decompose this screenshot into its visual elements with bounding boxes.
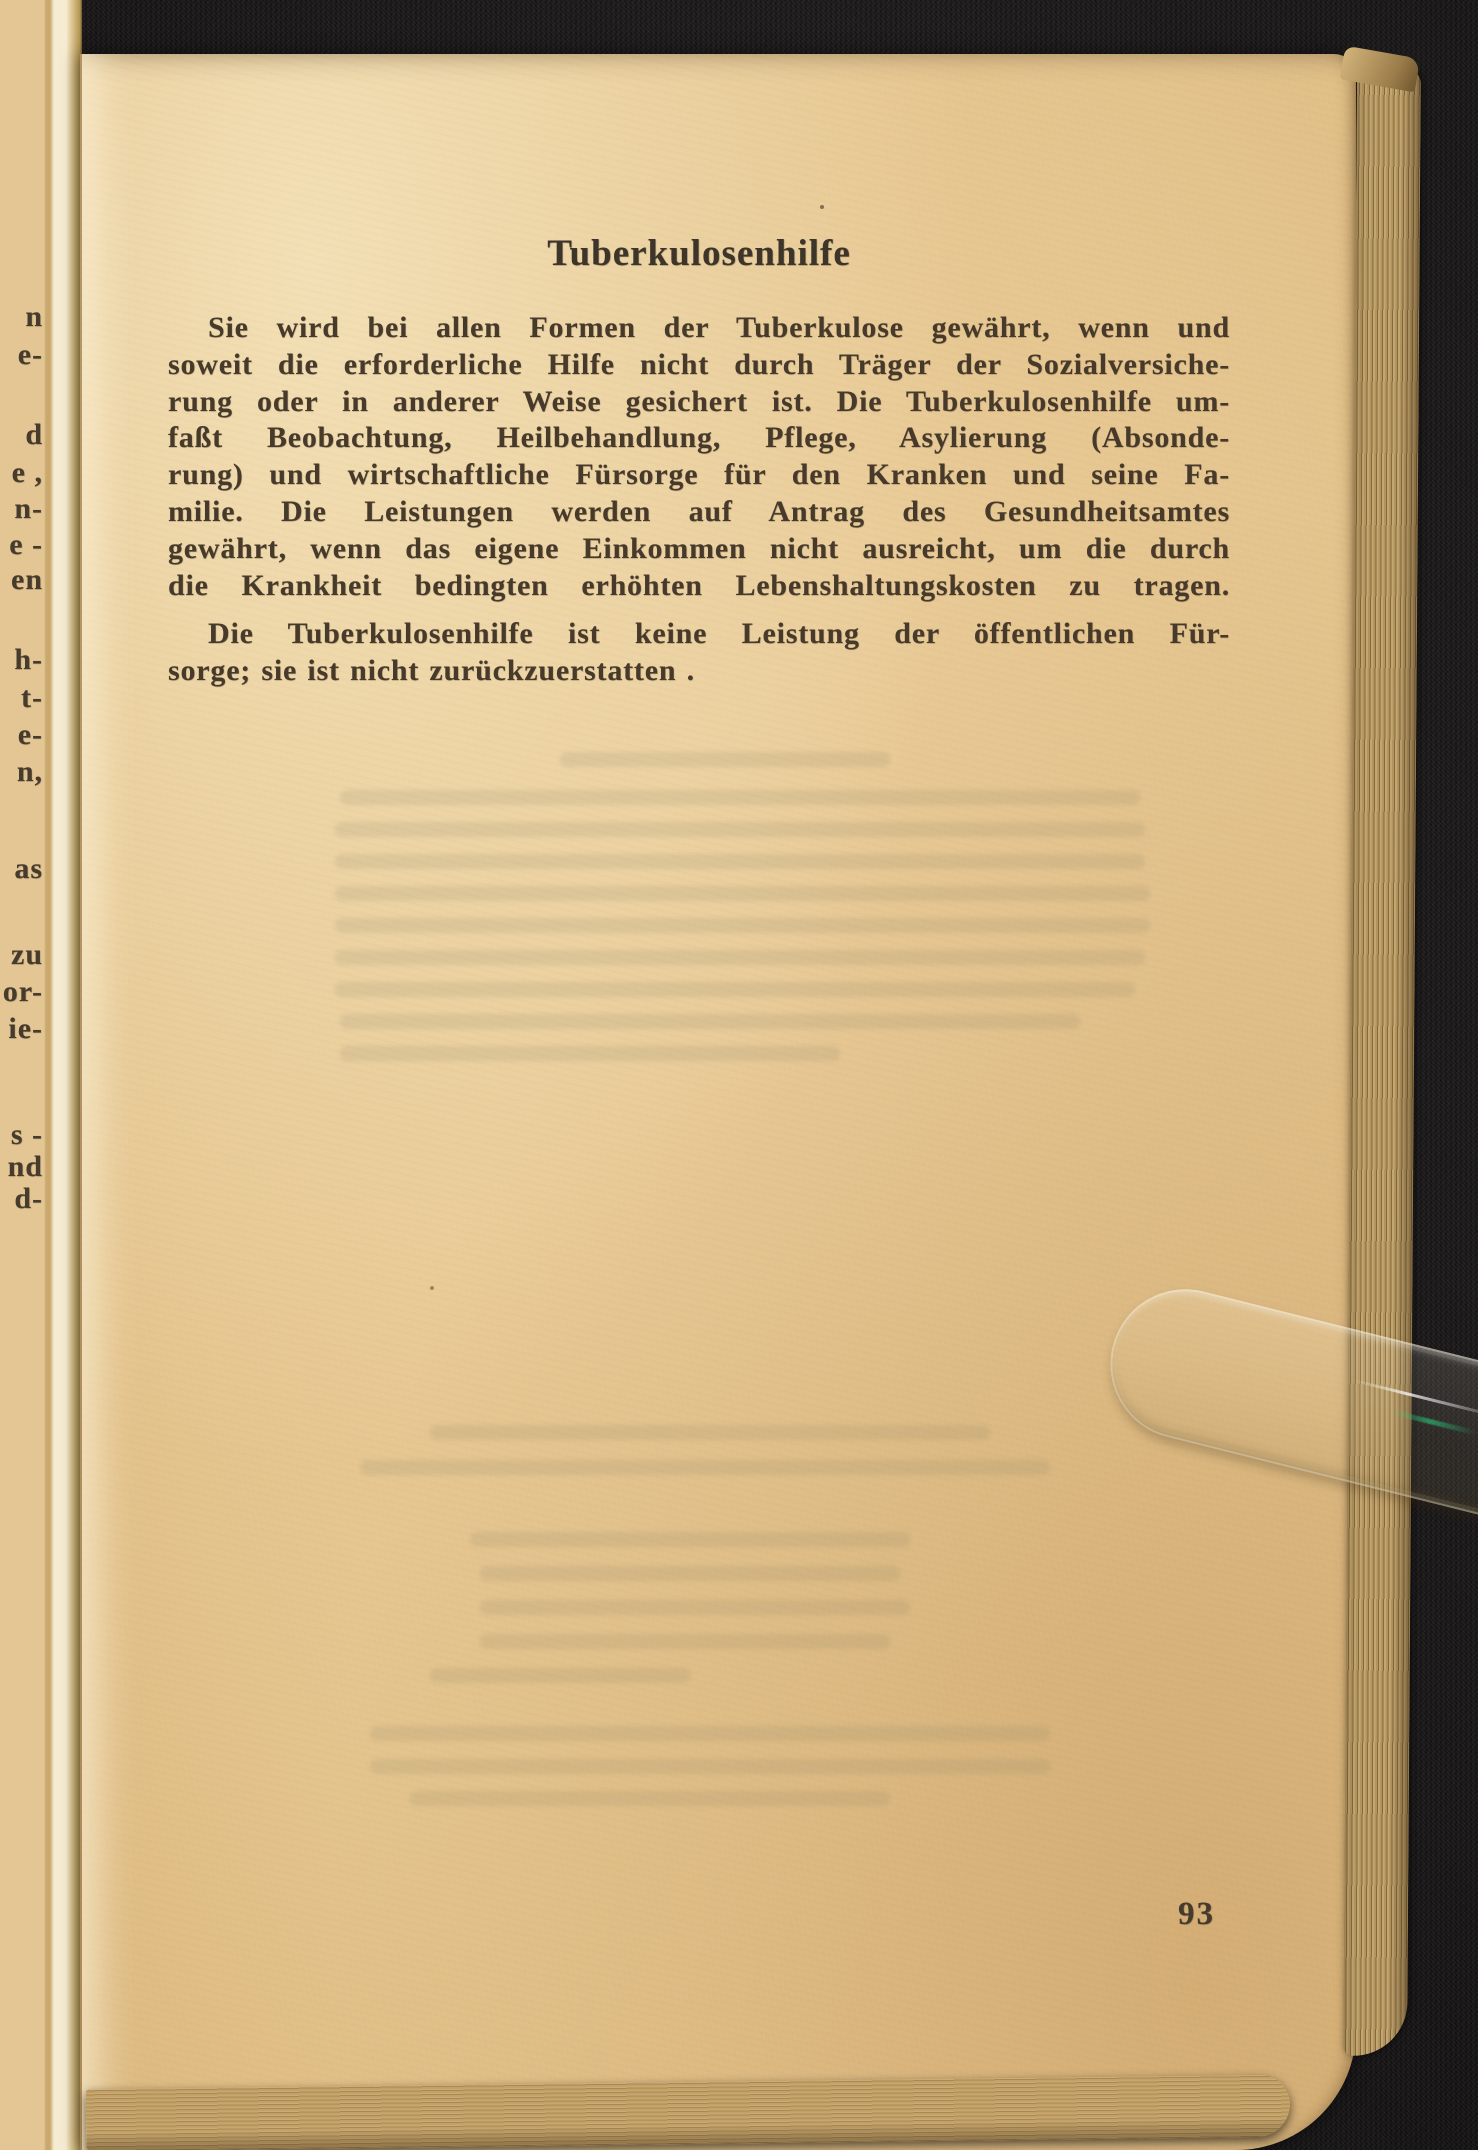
ghost-text-line xyxy=(560,752,890,767)
ghost-text-line xyxy=(335,854,1145,869)
paper-speck xyxy=(820,205,824,209)
ghost-text-line xyxy=(335,982,1135,997)
ghost-text-line xyxy=(470,1532,910,1547)
text-line: rung) und wirtschaftliche Fürsorge für d… xyxy=(168,457,1230,494)
body-text: Sie wird bei allen Formen der Tuberkulos… xyxy=(168,310,1230,690)
ghost-text-line xyxy=(335,918,1150,933)
text-line: die Krankheit bedingten erhöhten Lebensh… xyxy=(168,568,1230,605)
paper-speck xyxy=(1092,640,1095,643)
paragraph: Sie wird bei allen Formen der Tuberkulos… xyxy=(168,310,1230,604)
text-line: faßt Beobachtung, Heilbehandlung, Pflege… xyxy=(168,420,1230,457)
ghost-text-line xyxy=(360,1460,1050,1475)
ghost-text-line xyxy=(340,1046,840,1061)
text-line: soweit die erforderliche Hilfe nicht dur… xyxy=(168,347,1230,384)
ghost-text-line xyxy=(370,1726,1050,1741)
text-line: rung oder in anderer Weise gesichert ist… xyxy=(168,384,1230,421)
ghost-text-line xyxy=(480,1634,890,1649)
page-number: 93 xyxy=(1178,1896,1215,1933)
ghost-text-line xyxy=(370,1759,1050,1774)
ghost-text-line xyxy=(430,1668,690,1683)
paragraph: Die Tuberkulosenhilfe ist keine Leistung… xyxy=(168,616,1230,690)
ghost-text-line xyxy=(335,950,1145,965)
ghost-text-line xyxy=(480,1566,900,1581)
ghost-text-line xyxy=(340,790,1140,805)
text-line: Sie wird bei allen Formen der Tuberkulos… xyxy=(168,310,1230,347)
book-photo-scene: ne-de ,n-e -enh-t-e-n,aszuor-ie-s -ndd- … xyxy=(0,0,1478,2150)
text-line: gewährt, wenn das eigene Einkommen nicht… xyxy=(168,531,1230,568)
text-line: milie. Die Leistungen werden auf Antrag … xyxy=(168,494,1230,531)
ghost-text-line xyxy=(340,1014,1080,1029)
ghost-text-line xyxy=(335,822,1145,837)
text-line: Die Tuberkulosenhilfe ist keine Leistung… xyxy=(168,616,1230,653)
text-line: sorge; sie ist nicht zurückzuerstatten . xyxy=(168,653,1230,690)
ghost-text-line xyxy=(410,1791,890,1806)
ghost-text-line xyxy=(335,886,1150,901)
paper-speck xyxy=(430,1286,434,1290)
page-title: Tuberkulosenhilfe xyxy=(168,232,1230,275)
ghost-text-line xyxy=(480,1600,910,1615)
ghost-text-line xyxy=(430,1425,990,1440)
